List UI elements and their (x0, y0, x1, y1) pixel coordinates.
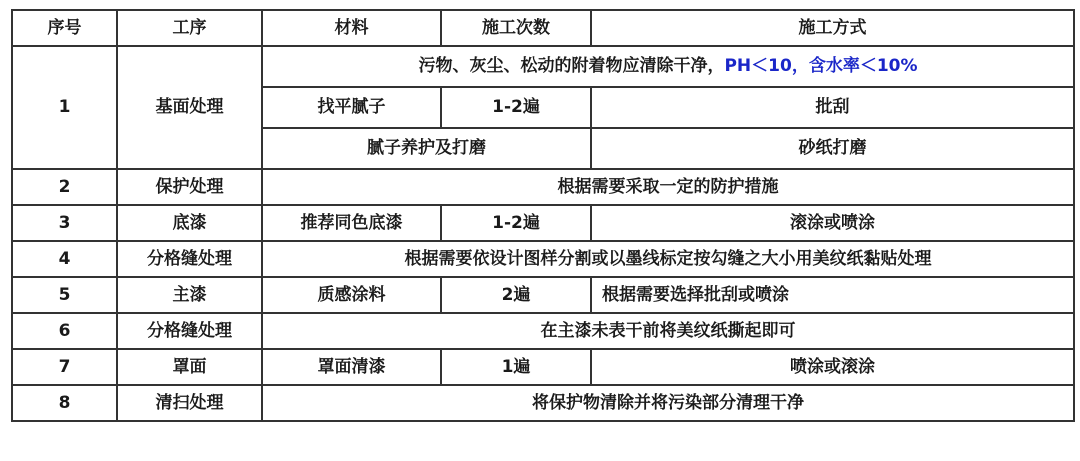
cell-requirement: 污物、灰尘、松动的附着物应清除干净，PH＜10，含水率＜10% (262, 46, 1074, 87)
construction-process-table: 序号 工序 材料 施工次数 施工方式 1 基面处理 污物、灰尘、松动的附着物应清… (11, 9, 1075, 422)
table-row: 8 清扫处理 将保护物清除并将污染部分清理干净 (12, 385, 1074, 421)
cell-times: 2遍 (441, 277, 591, 313)
cell-method: 砂纸打磨 (591, 128, 1074, 169)
cell-step: 罩面 (117, 349, 262, 385)
cell-no: 3 (12, 205, 117, 241)
cell-material: 质感涂料 (262, 277, 441, 313)
cell-step: 基面处理 (117, 46, 262, 169)
cell-material: 找平腻子 (262, 87, 441, 128)
cell-no: 7 (12, 349, 117, 385)
cell-times: 1-2遍 (441, 205, 591, 241)
requirement-highlight: PH＜10，含水率＜10% (724, 56, 917, 76)
cell-no: 1 (12, 46, 117, 169)
cell-no: 8 (12, 385, 117, 421)
cell-material: 推荐同色底漆 (262, 205, 441, 241)
header-method: 施工方式 (591, 10, 1074, 46)
header-times: 施工次数 (441, 10, 591, 46)
cell-merged: 在主漆未表干前将美纹纸撕起即可 (262, 313, 1074, 349)
cell-method: 滚涂或喷涂 (591, 205, 1074, 241)
requirement-text: 污物、灰尘、松动的附着物应清除干净， (418, 56, 724, 76)
header-step: 工序 (117, 10, 262, 46)
cell-method: 批刮 (591, 87, 1074, 128)
cell-step: 主漆 (117, 277, 262, 313)
table-row: 7 罩面 罩面清漆 1遍 喷涂或滚涂 (12, 349, 1074, 385)
cell-times: 1-2遍 (441, 87, 591, 128)
table-row: 2 保护处理 根据需要采取一定的防护措施 (12, 169, 1074, 205)
table-row: 3 底漆 推荐同色底漆 1-2遍 滚涂或喷涂 (12, 205, 1074, 241)
header-row: 序号 工序 材料 施工次数 施工方式 (12, 10, 1074, 46)
cell-no: 2 (12, 169, 117, 205)
cell-material: 罩面清漆 (262, 349, 441, 385)
cell-step: 分格缝处理 (117, 241, 262, 277)
table-row: 5 主漆 质感涂料 2遍 根据需要选择批刮或喷涂 (12, 277, 1074, 313)
cell-material-merged: 腻子养护及打磨 (262, 128, 591, 169)
cell-no: 4 (12, 241, 117, 277)
cell-merged: 将保护物清除并将污染部分清理干净 (262, 385, 1074, 421)
table-row: 6 分格缝处理 在主漆未表干前将美纹纸撕起即可 (12, 313, 1074, 349)
cell-method: 喷涂或滚涂 (591, 349, 1074, 385)
cell-no: 6 (12, 313, 117, 349)
cell-step: 分格缝处理 (117, 313, 262, 349)
table-row: 1 基面处理 污物、灰尘、松动的附着物应清除干净，PH＜10，含水率＜10% (12, 46, 1074, 87)
header-no: 序号 (12, 10, 117, 46)
cell-merged: 根据需要采取一定的防护措施 (262, 169, 1074, 205)
cell-times: 1遍 (441, 349, 591, 385)
cell-no: 5 (12, 277, 117, 313)
cell-step: 保护处理 (117, 169, 262, 205)
cell-merged: 根据需要依设计图样分割或以墨线标定按勾缝之大小用美纹纸黏贴处理 (262, 241, 1074, 277)
cell-step: 底漆 (117, 205, 262, 241)
header-material: 材料 (262, 10, 441, 46)
cell-step: 清扫处理 (117, 385, 262, 421)
cell-method: 根据需要选择批刮或喷涂 (591, 277, 1074, 313)
table-row: 4 分格缝处理 根据需要依设计图样分割或以墨线标定按勾缝之大小用美纹纸黏贴处理 (12, 241, 1074, 277)
